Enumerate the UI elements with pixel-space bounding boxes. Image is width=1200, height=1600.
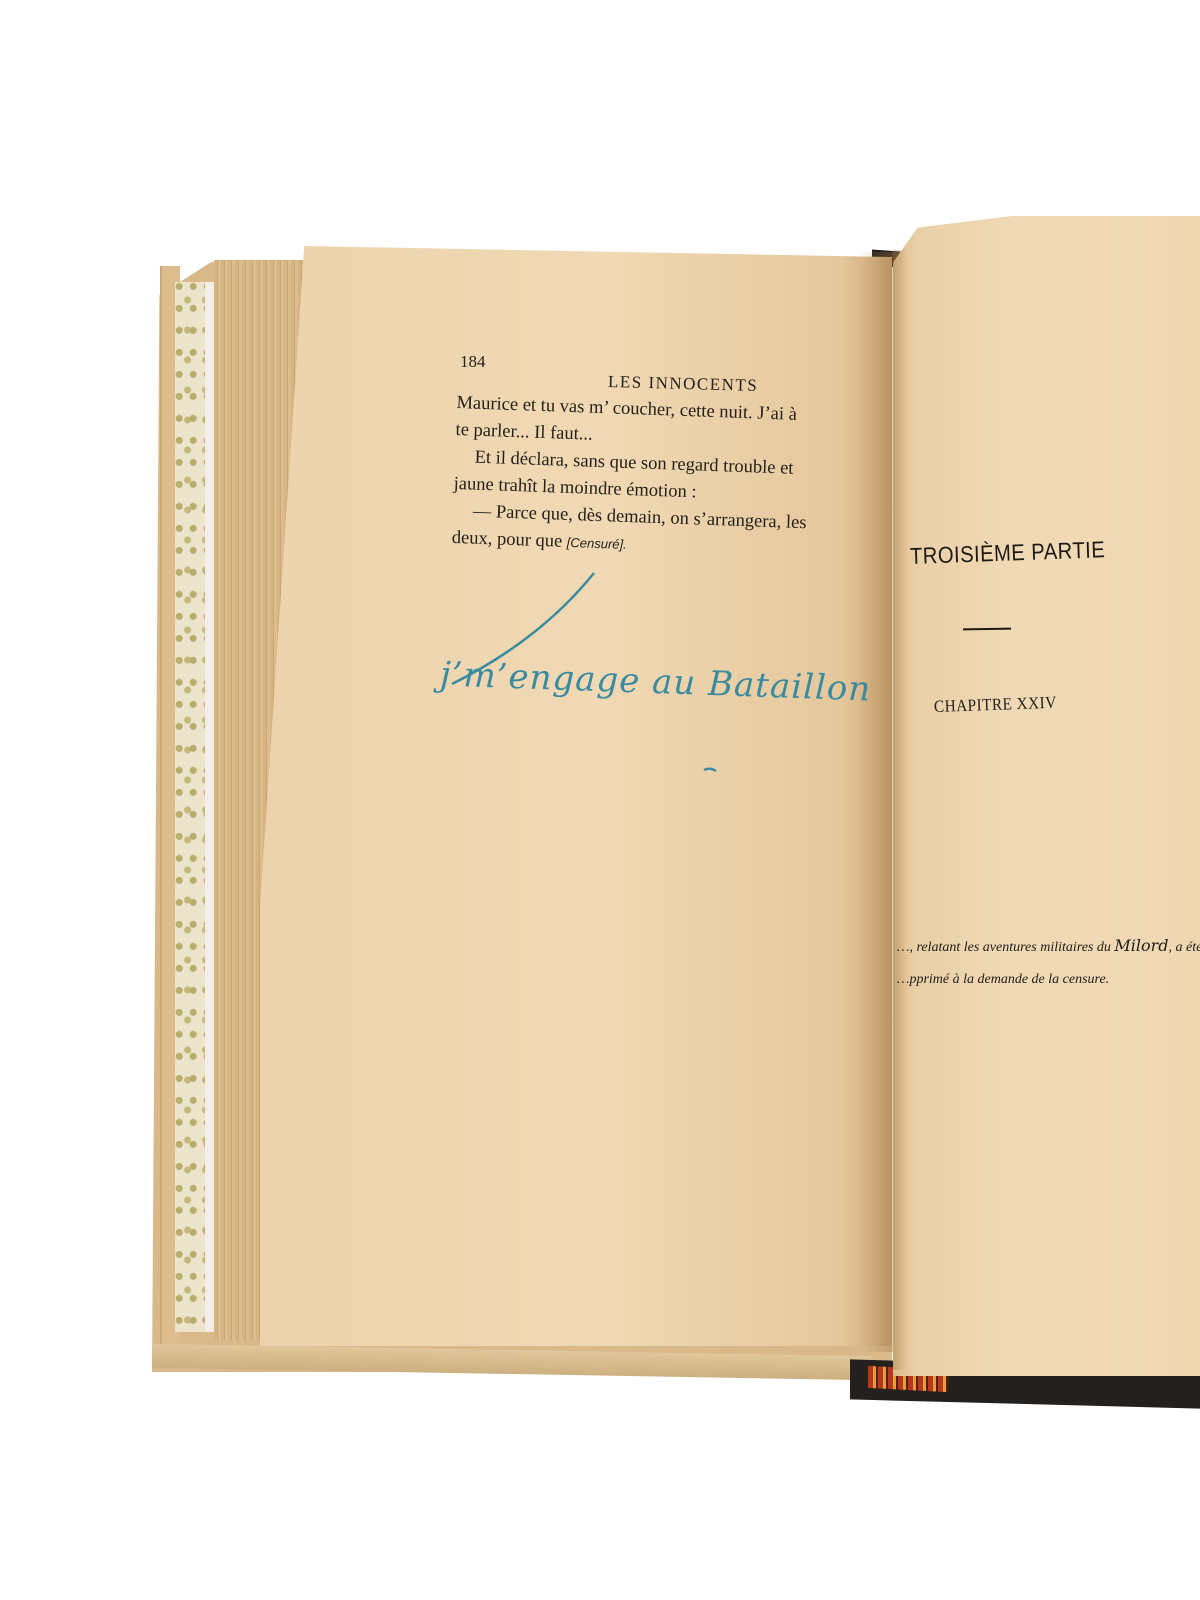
ink-pointer-stroke-icon [0,0,1200,1600]
note-text: …, relatant les aventures militaires du [897,940,1114,955]
book-photo: 184 LES INNOCENTS Maurice et tu vas m’ c… [0,0,1200,1600]
note-text: , a été [1169,940,1200,955]
note-line-2: …pprimé à la demande de la censure. [897,964,1200,996]
note-name: Milord [1114,936,1168,955]
censorship-note: …, relatant les aventures militaires du … [897,930,1200,996]
chapter-title: CHAPITRE XXIV [934,693,1057,717]
note-line-1: …, relatant les aventures militaires du … [897,930,1200,964]
